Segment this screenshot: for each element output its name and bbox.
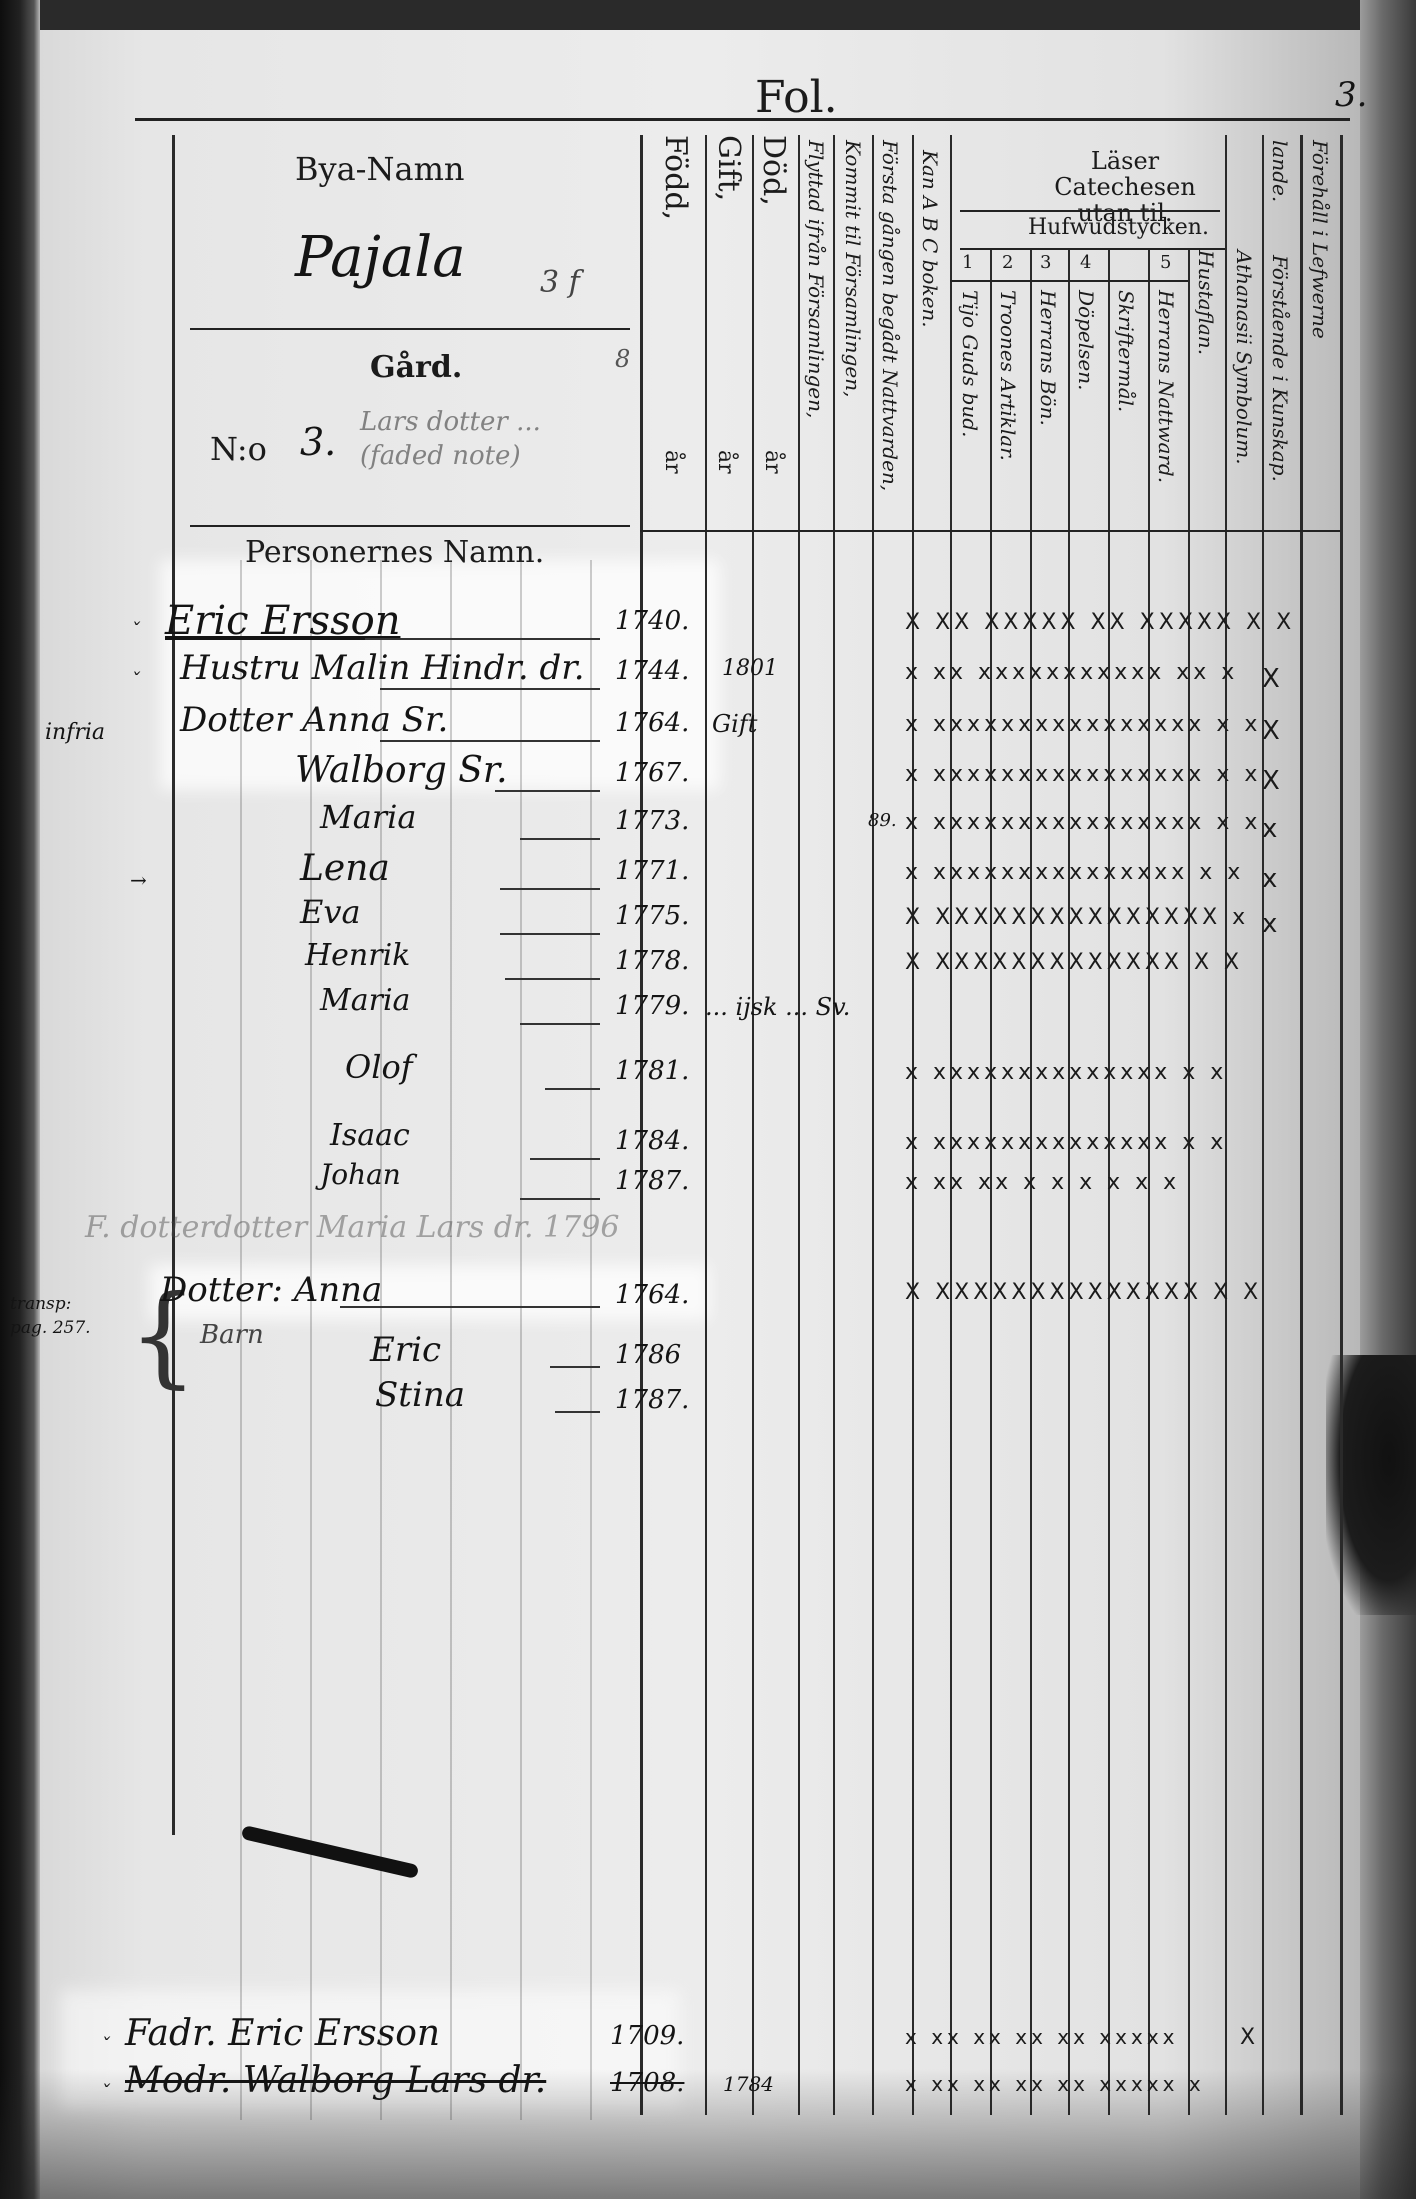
guide-rule	[450, 560, 452, 2120]
married-year: Gift	[712, 710, 757, 738]
group-header-main-parts: Hufwudstycken.	[1028, 215, 1209, 240]
person-name: Dotter Anna Sr.	[180, 700, 448, 740]
col-rule	[833, 135, 835, 2115]
farm-number-label: N:o	[210, 430, 267, 468]
col-rule	[1300, 135, 1303, 2115]
margin-mark: infria	[45, 720, 105, 745]
catechism-marks: x xx xx xx xx xxxxx x	[905, 2072, 1205, 2096]
col-rule	[752, 135, 754, 2115]
leader-line	[555, 1411, 600, 1413]
birth-year: 1708.	[610, 2068, 684, 2098]
birth-year: 1775.	[615, 901, 689, 931]
col-number-2: 2	[1002, 252, 1013, 273]
col-header-abc: Kan A B C boken.	[920, 150, 940, 328]
leader-line	[530, 1158, 600, 1160]
pencil-note: F. dotterdotter Maria Lars dr. 1796	[85, 1210, 619, 1245]
person-name: Eva	[300, 893, 361, 931]
village-name: Pajala	[295, 225, 466, 290]
margin-mark: ˇ	[130, 618, 140, 642]
catechism-marks: x xxxxxxxxxxxxxx x x	[905, 1130, 1227, 1155]
col-header-commandments: Tijo Guds bud.	[960, 290, 980, 437]
catechism-marks: x xx xxxxxxxxxxx xx x	[905, 660, 1238, 685]
birth-year: 1784.	[615, 1126, 689, 1156]
col-header-understanding-top: lande.	[1270, 140, 1290, 202]
birth-year: 1773.	[615, 806, 689, 836]
farm-number: 3.	[300, 420, 336, 464]
person-name: Walborg Sr.	[295, 750, 508, 791]
birth-year: 1767.	[615, 758, 689, 788]
col-header-creed: Troones Artiklar.	[998, 290, 1018, 461]
birth-year: 1764.	[615, 708, 689, 738]
col-header-baptism: Döpelsen.	[1076, 290, 1096, 390]
col-rule	[640, 135, 643, 2115]
understanding-mark: X	[1240, 2025, 1259, 2050]
guide-rule	[590, 560, 592, 2120]
person-name: Maria	[320, 798, 416, 836]
person-name: Eric	[370, 1330, 441, 1370]
understanding-mark: x	[1262, 909, 1281, 939]
understanding-mark: X	[1262, 664, 1284, 694]
unit-died: år	[760, 450, 785, 474]
person-name: Dotter: Anna	[160, 1270, 382, 1310]
person-name: Lena	[300, 848, 390, 889]
leader-line	[500, 933, 600, 935]
col-header-athanasian: Athanasii Symbolum.	[1234, 250, 1254, 465]
birth-year: 1779.	[615, 991, 689, 1021]
farm-rule	[190, 525, 630, 527]
col-rule	[912, 135, 914, 2115]
guide-rule	[310, 560, 312, 2120]
catechism-marks: X XX XXXXX XX XXXXX X X	[905, 610, 1295, 635]
col-header-moved-in: Kommit til Församlingen,	[843, 140, 863, 520]
catechism-marks: X XXXXXXXXXXXXXX X X	[905, 1280, 1262, 1305]
catechism-marks: x xxxxxxxxxxxxxxxx x x	[905, 762, 1261, 787]
margin-mark: →	[130, 868, 147, 892]
leader-line	[520, 1198, 600, 1200]
understanding-mark: X	[1262, 766, 1284, 796]
header-rule	[640, 530, 1340, 532]
col-header-died: Död,	[758, 135, 788, 206]
birth-year: 1764.	[615, 1280, 689, 1310]
village-rule	[190, 328, 630, 330]
person-name: Fadr. Eric Ersson	[125, 2013, 440, 2054]
person-name: Maria	[320, 983, 410, 1018]
birth-year: 1786	[615, 1340, 681, 1370]
group-rule	[960, 210, 1220, 212]
leader-line	[505, 978, 600, 980]
birth-year: 1740.	[615, 606, 689, 636]
person-name: Isaac	[330, 1118, 410, 1153]
col-number-4: 4	[1080, 252, 1091, 273]
col-header-confession: Skriftermål.	[1116, 290, 1136, 412]
catechism-marks: X XXXXXXXXXXXXX X X	[905, 950, 1243, 975]
understanding-mark: X	[1262, 716, 1284, 746]
col-rule	[950, 135, 952, 2115]
person-name: Barn	[200, 1320, 264, 1350]
col-header-married: Gift,	[713, 135, 743, 201]
birth-year: 1787.	[615, 1385, 689, 1415]
village-label: Bya-Namn	[295, 150, 465, 188]
persons-label: Personernes Namn.	[245, 535, 544, 570]
right-border	[1340, 135, 1343, 2115]
col-header-conduct: Förehåll i Lefwerne	[1310, 140, 1330, 339]
guide-rule	[520, 560, 522, 2120]
col-header-lords-prayer: Herrans Bön.	[1038, 290, 1058, 426]
catechism-marks: X XXXXXXXXXXXXXXX x	[905, 905, 1249, 930]
catechism-marks: x xxxxxxxxxxxxxxxx x x	[905, 712, 1261, 737]
leader-line	[340, 1306, 600, 1308]
catechism-marks: x xxxxxxxxxxxxxxx x x	[905, 860, 1244, 885]
birth-year: 1787.	[615, 1166, 689, 1196]
person-name: Johan	[320, 1158, 401, 1191]
unit-born: år	[660, 450, 685, 474]
farm-corner-mark: 8	[615, 345, 630, 373]
village-annotation: 3 f	[540, 265, 580, 300]
book-binding	[0, 0, 40, 2199]
leader-line	[545, 1088, 600, 1090]
col-header-moved-out: Flyttad ifrån Församlingen,	[806, 140, 826, 520]
col-rule	[1225, 135, 1227, 2115]
col-header-born: Född,	[660, 135, 690, 220]
margin-mark: ˇ	[100, 2033, 110, 2057]
catechism-marks: x xx xx xx xx xxxxx	[905, 2025, 1179, 2049]
col-header-understanding: Förstående i Kunskap.	[1270, 255, 1290, 482]
col-number-1: 1	[962, 252, 973, 273]
death-year: 1784	[723, 2072, 774, 2096]
col-rule	[1262, 135, 1264, 2115]
margin-mark: ˇ	[100, 2080, 110, 2104]
birth-year: 1709.	[610, 2021, 684, 2051]
farm-label: Gård.	[370, 350, 462, 385]
col-header-lords-supper: Herrans Nattward.	[1156, 290, 1176, 483]
col-rule	[705, 135, 707, 2115]
folio-label: Fol.	[755, 72, 838, 123]
catechism-marks: x xx xx x x x x x x	[905, 1170, 1180, 1195]
group-rule	[950, 280, 1188, 282]
person-name: Olof	[345, 1048, 413, 1086]
person-name: Hustru Malin Hindr. dr.	[180, 648, 585, 688]
person-name: Modr. Walborg Lars dr.	[125, 2060, 546, 2101]
leader-line	[380, 688, 600, 690]
birth-year: 1778.	[615, 946, 689, 976]
leader-line	[520, 1023, 600, 1025]
person-name: Stina	[375, 1375, 465, 1415]
catechism-marks: x xxxxxxxxxxxxxx x x	[905, 1060, 1227, 1085]
leader-line	[550, 1366, 600, 1368]
birth-year: 1781.	[615, 1056, 689, 1086]
understanding-mark: x	[1262, 814, 1281, 844]
top-rule	[135, 118, 1350, 121]
folio-number: 3.	[1335, 75, 1367, 115]
leader-line	[495, 790, 600, 792]
death-year: 1801	[722, 656, 778, 681]
farm-note: Lars dotter ... (faded note)	[360, 405, 630, 473]
leader-line	[365, 638, 600, 640]
col-rule	[798, 135, 800, 2115]
catechism-marks: x xxxxxxxxxxxxxxxx x x	[905, 810, 1261, 835]
col-number-5: 5	[1160, 252, 1171, 273]
col-number-3: 3	[1040, 252, 1051, 273]
col-header-hustaflan: Hustaflan.	[1196, 250, 1216, 355]
transfer-note: transp: pag. 257.	[10, 1292, 95, 1340]
margin-mark: ˇ	[130, 668, 140, 692]
col-rule	[872, 135, 874, 2115]
person-name: Henrik	[305, 938, 410, 973]
birth-year: 1744.	[615, 656, 689, 686]
leader-line	[500, 888, 600, 890]
unit-married: år	[713, 450, 738, 474]
col-header-first-communion: Första gången begådt Nattvarden,	[880, 140, 900, 520]
group-rule	[960, 248, 1225, 250]
birth-year: 1771.	[615, 856, 689, 886]
page-edge	[1360, 0, 1416, 2199]
communion-year: 89.	[868, 810, 897, 831]
leader-line	[380, 740, 600, 742]
leader-line	[520, 838, 600, 840]
left-border	[172, 135, 175, 1835]
entry-note: ... ijsk ... Sv.	[705, 993, 850, 1021]
understanding-mark: x	[1262, 864, 1281, 894]
